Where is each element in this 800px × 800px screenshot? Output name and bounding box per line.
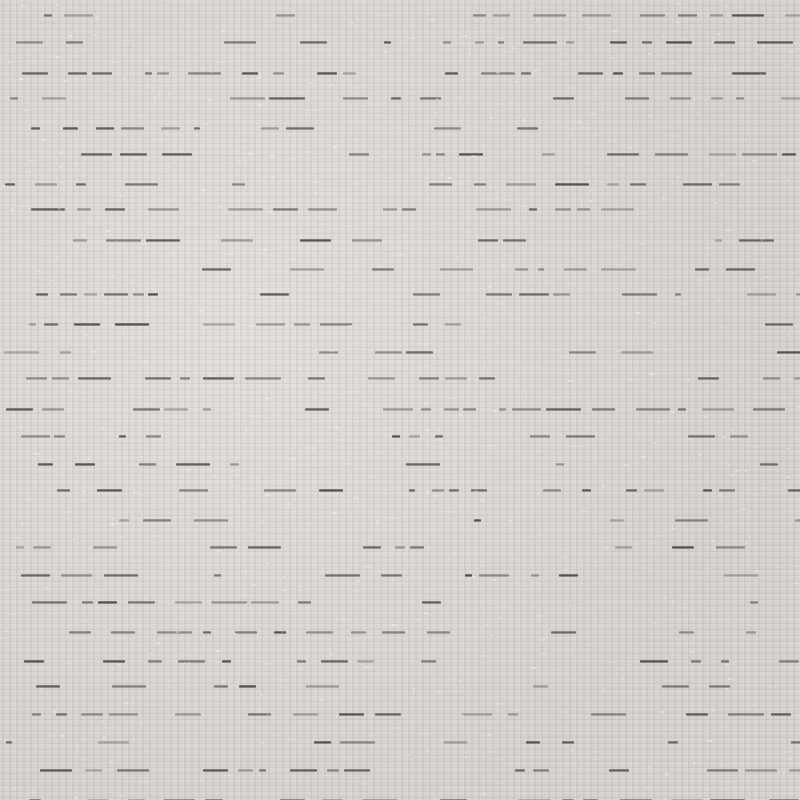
fabric-texture <box>0 0 800 800</box>
metallic-thread-row <box>0 323 800 326</box>
metallic-thread-row <box>0 601 800 604</box>
metallic-thread-row <box>0 435 800 438</box>
metallic-thread-row <box>0 183 800 186</box>
metallic-thread-row <box>0 239 800 242</box>
metallic-thread-row <box>0 546 800 549</box>
metallic-thread-row <box>0 685 800 688</box>
metallic-thread-row <box>0 41 800 44</box>
metallic-thread-row <box>0 519 800 522</box>
metallic-thread-row <box>0 153 800 156</box>
metallic-thread-row <box>0 741 800 744</box>
metallic-thread-row <box>0 293 800 296</box>
metallic-thread-row <box>0 769 800 772</box>
metallic-thread-row <box>0 660 800 663</box>
metallic-thread-row <box>0 489 800 492</box>
metallic-thread-row <box>0 72 800 75</box>
metallic-thread-row <box>0 713 800 716</box>
metallic-thread-row <box>0 574 800 577</box>
metallic-thread-row <box>0 97 800 100</box>
metallic-thread-row <box>0 14 800 17</box>
metallic-thread-row <box>0 408 800 411</box>
metallic-thread-row <box>0 127 800 130</box>
metallic-thread-row <box>0 351 800 354</box>
metallic-thread-row <box>0 377 800 380</box>
metallic-thread-row <box>0 631 800 634</box>
metallic-thread-row <box>0 268 800 271</box>
metallic-thread-row <box>0 463 800 466</box>
metallic-thread-row <box>0 208 800 211</box>
